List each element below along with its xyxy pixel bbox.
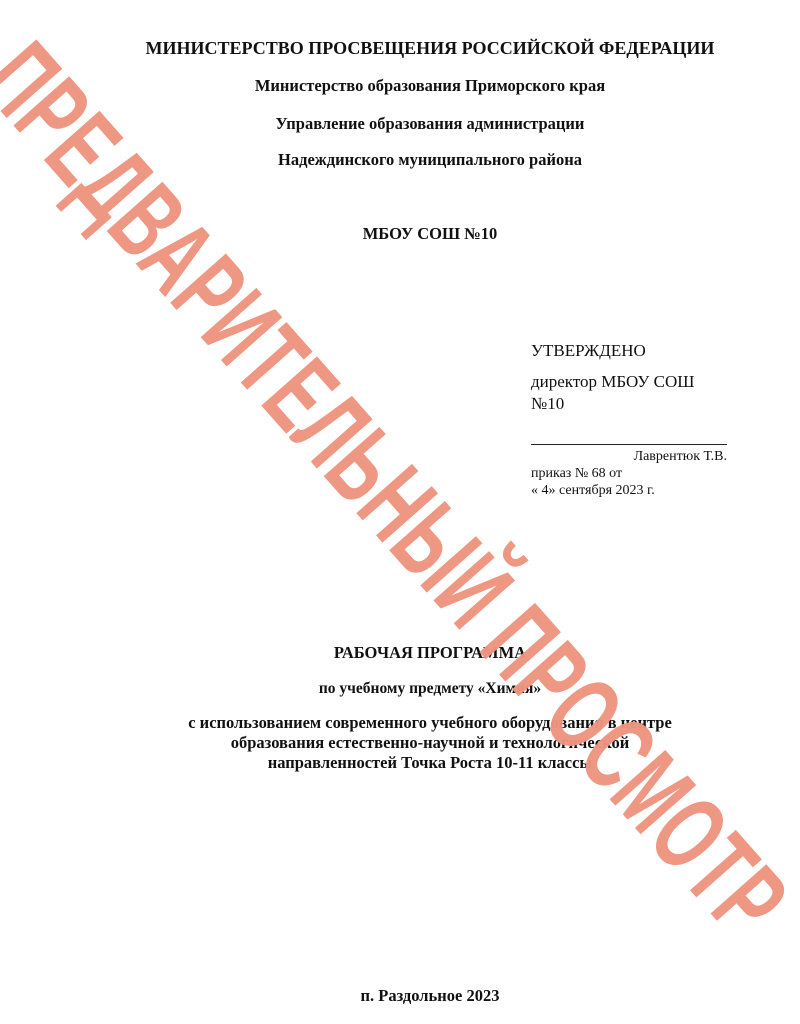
program-description-line1: с использованием современного учебного о…: [30, 713, 800, 733]
approval-signer: Лаврентюк Т.В.: [531, 448, 727, 465]
approval-order-line1: приказ № 68 от: [531, 465, 741, 482]
approval-order-line2: « 4» сентября 2023 г.: [531, 482, 741, 499]
ministry-heading: МИНИСТЕРСТВО ПРОСВЕЩЕНИЯ РОССИЙСКОЙ ФЕДЕ…: [30, 38, 800, 59]
department-heading-line2: Надеждинского муниципального района: [30, 150, 800, 170]
program-description-line3: направленностей Точка Роста 10-11 классы: [30, 753, 800, 773]
program-title: РАБОЧАЯ ПРОГРАММА: [30, 643, 800, 663]
program-subject: по учебному предмету «Химия»: [30, 680, 800, 698]
signature-line: [531, 436, 727, 445]
approval-position-line2: №10: [531, 393, 741, 414]
school-name: МБОУ СОШ №10: [30, 224, 800, 244]
approval-title: УТВЕРЖДЕНО: [531, 340, 741, 361]
regional-ministry-heading: Министерство образования Приморского кра…: [30, 76, 800, 96]
program-description: с использованием современного учебного о…: [30, 713, 800, 773]
program-description-line2: образования естественно-научной и технол…: [30, 733, 800, 753]
department-heading-line1: Управление образования администрации: [30, 114, 800, 134]
approval-block: УТВЕРЖДЕНО директор МБОУ СОШ №10 Лаврент…: [531, 340, 741, 499]
approval-position-line1: директор МБОУ СОШ: [531, 371, 741, 392]
footer-place-year: п. Раздольное 2023: [30, 986, 800, 1006]
document-page: МИНИСТЕРСТВО ПРОСВЕЩЕНИЯ РОССИЙСКОЙ ФЕДЕ…: [0, 0, 800, 1024]
